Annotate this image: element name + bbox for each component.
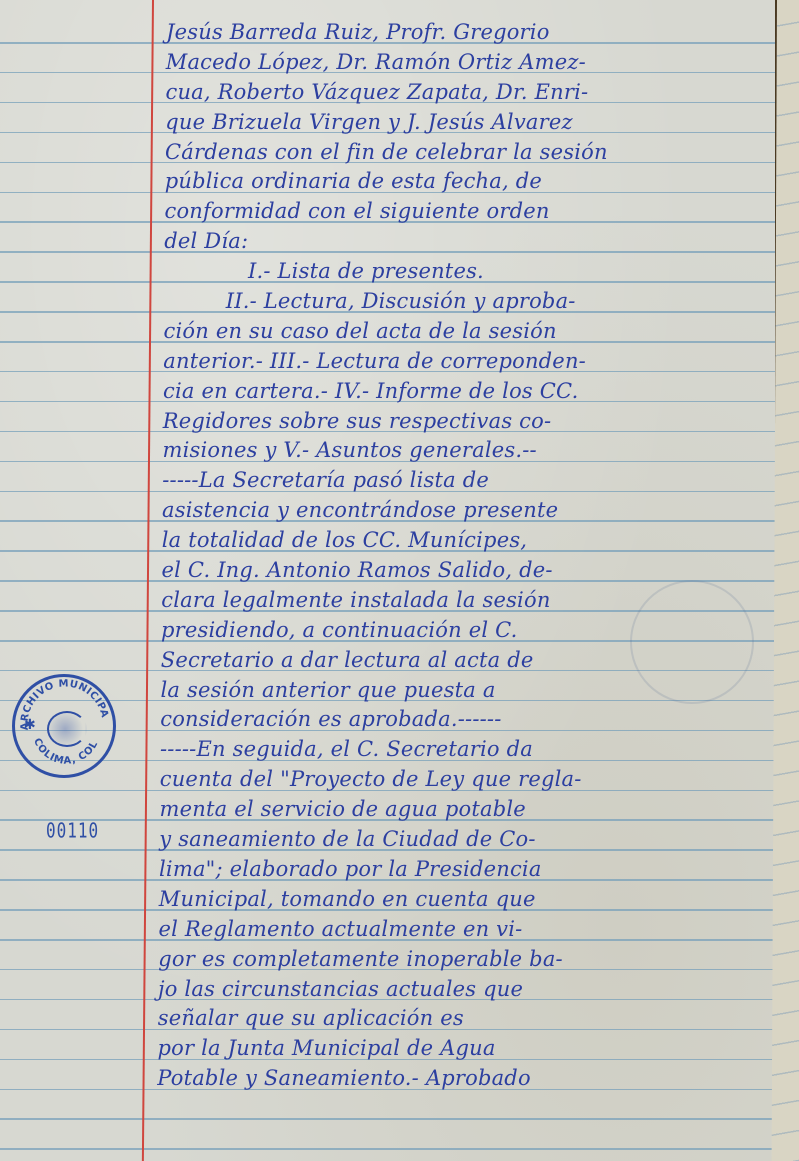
text-line: Municipal, tomando en cuenta que: [151, 885, 770, 915]
text-line: pública ordinaria de esta fecha, de: [157, 167, 770, 197]
text-line: ción en su caso del acta de la sesión: [156, 317, 771, 347]
seal-emblem-icon: [47, 711, 87, 747]
text-line: clara legalmente instalada la sesión: [153, 586, 770, 616]
text-line: asistencia y encontrándose presente: [154, 496, 770, 526]
text-line: cua, Roberto Vázquez Zapata, Dr. Enri-: [158, 78, 771, 108]
text-line: conformidad con el siguiente orden: [157, 197, 771, 227]
text-line: el Reglamento actualmente en vi-: [151, 915, 771, 945]
text-line: -----La Secretaría pasó lista de: [154, 466, 770, 496]
text-line: la sesión anterior que puesta a: [153, 676, 771, 706]
ledger-page: ARCHIVO MUNICIPAL COLIMA, COL. ✱ 00110 J…: [0, 0, 777, 1161]
text-line: cuenta del "Proyecto de Ley que regla-: [152, 765, 770, 795]
text-line: gor es completamente inoperable ba-: [150, 945, 770, 975]
text-line: Cárdenas con el fin de celebrar la sesió…: [157, 138, 770, 168]
text-line: la totalidad de los CC. Munícipes,: [154, 526, 770, 556]
ruled-line: [0, 1118, 775, 1120]
text-line: -----En seguida, el C. Secretario da: [152, 735, 770, 765]
text-line: presidiendo, a continuación el C.: [153, 616, 770, 646]
star-icon: ✱: [24, 717, 36, 733]
text-line: Secretario a dar lectura al acta de: [153, 646, 770, 676]
text-line: cia en cartera.- IV.- Informe de los CC.: [155, 377, 770, 407]
folio-number: 00110: [46, 819, 99, 843]
text-line: por la Junta Municipal de Agua: [150, 1034, 771, 1064]
text-line: misiones y V.- Asuntos generales.--: [155, 436, 771, 466]
text-line: y saneamiento de la Ciudad de Co-: [151, 825, 770, 855]
text-line: Macedo López, Dr. Ramón Ortiz Amez-: [158, 48, 770, 78]
text-line: Jesús Barreda Ruiz, Profr. Gregorio: [158, 18, 770, 48]
text-line: del Día:: [156, 227, 770, 257]
handwritten-text: Jesús Barreda Ruiz, Profr. GregorioMaced…: [158, 0, 770, 1094]
ruled-line: [0, 1148, 775, 1150]
text-line: Potable y Saneamiento.- Aprobado: [149, 1064, 770, 1094]
text-line: que Brizuela Virgen y J. Jesús Alvarez: [157, 108, 770, 138]
text-line: consideración es aprobada.------: [152, 705, 770, 735]
text-line: señalar que su aplicación es: [150, 1004, 770, 1034]
text-line: el C. Ing. Antonio Ramos Salido, de-: [154, 556, 771, 586]
text-line: I.- Lista de presentes.: [156, 257, 770, 287]
text-line: menta el servicio de agua potable: [152, 795, 771, 825]
text-line: jo las circunstancias actuales que: [150, 975, 770, 1005]
text-line: anterior.- III.- Lectura de correponden-: [155, 347, 770, 377]
text-line: II.- Lectura, Discusión y aproba-: [156, 287, 770, 317]
text-line: lima"; elaborado por la Presidencia: [151, 855, 770, 885]
archive-seal-icon: ARCHIVO MUNICIPAL COLIMA, COL. ✱: [12, 674, 116, 778]
text-line: Regidores sobre sus respectivas co-: [155, 407, 770, 437]
